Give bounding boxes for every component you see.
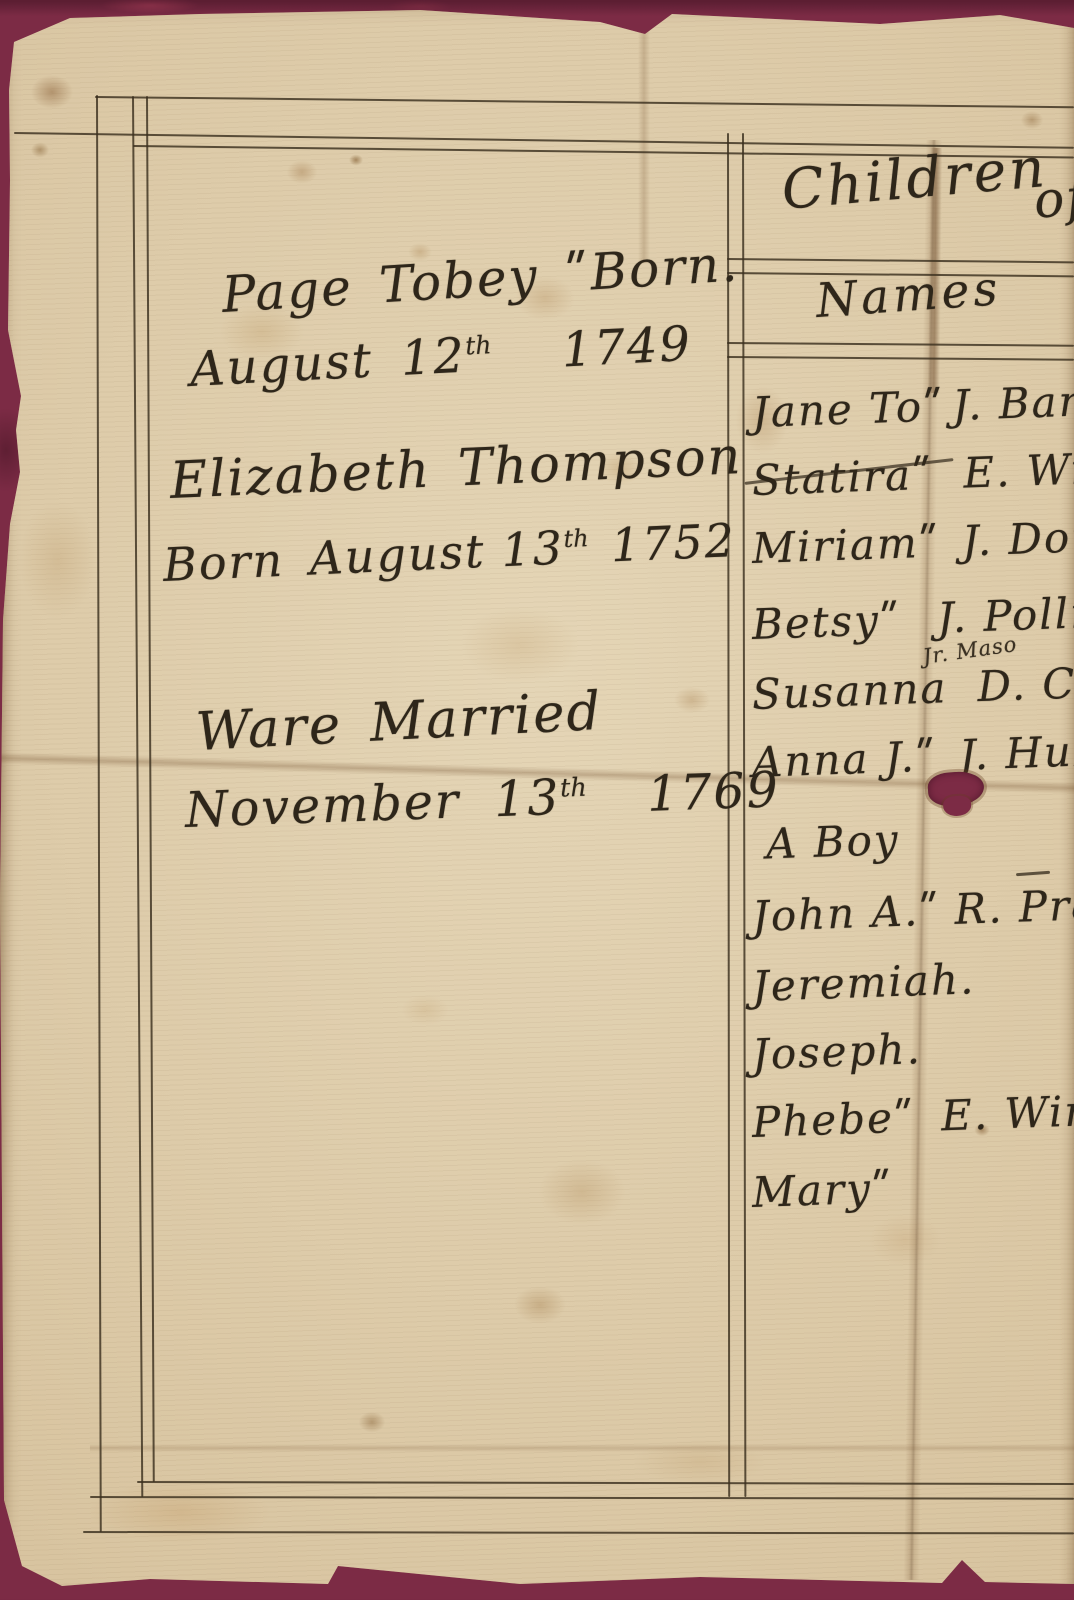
child-row: Anna J.ʺJ. Huxto bbox=[751, 724, 1074, 787]
child-name: Susanna bbox=[751, 663, 948, 719]
text-part: August bbox=[189, 332, 375, 398]
child-row: StatiraʺE. Wire bbox=[751, 443, 1074, 505]
child-name: Anna J.ʺ bbox=[751, 732, 938, 787]
marriage-line: Ware Married bbox=[194, 681, 603, 763]
husband-birth-date-line: August12th1749 bbox=[189, 316, 694, 398]
child-row: BetsyʺJ. Pollma bbox=[751, 587, 1074, 649]
text-part: 13 bbox=[493, 769, 561, 828]
child-name: Joseph. bbox=[751, 1024, 922, 1079]
child-name: Jeremiah. bbox=[751, 954, 976, 1011]
child-name: Miriamʺ bbox=[751, 517, 941, 573]
ordinal-suffix: th bbox=[563, 524, 589, 553]
child-name: Betsyʺ bbox=[751, 595, 902, 649]
frame-line-inner-left-2 bbox=[146, 96, 155, 1482]
child-name: Phebeʺ bbox=[751, 1092, 916, 1147]
child-name: John A.ʺ bbox=[751, 885, 941, 941]
paper-hole bbox=[927, 770, 985, 808]
frame-line-outer-bottom bbox=[83, 1531, 1074, 1534]
children-header-rule-upper bbox=[727, 258, 1074, 263]
child-row: A Boy bbox=[751, 814, 922, 869]
children-header-clipped-word: of bbox=[1031, 168, 1074, 230]
text-part: 1749 bbox=[560, 316, 693, 379]
child-row: PhebeʺE. Winslo bbox=[751, 1084, 1074, 1147]
frame-line-outer-left bbox=[96, 95, 102, 1532]
text-part: Born August bbox=[162, 524, 487, 592]
text-part: November bbox=[184, 772, 461, 839]
frame-line-inner-bottom bbox=[137, 1481, 1074, 1485]
child-spouse bbox=[914, 1162, 916, 1211]
husband-name-line: Page Tobey ʺBorn. bbox=[220, 234, 740, 324]
child-spouse: J. Bartle bbox=[952, 374, 1074, 430]
child-spouse bbox=[943, 1023, 945, 1072]
lower-fold-crease bbox=[90, 1444, 1074, 1452]
child-row: Joseph. bbox=[751, 1023, 944, 1079]
child-spouse: D. Coffi bbox=[977, 656, 1074, 711]
child-row: John A.ʺR. Prat bbox=[751, 879, 1074, 941]
child-spouse: J. Huxto bbox=[958, 724, 1074, 779]
names-header-rule-upper bbox=[727, 342, 1074, 347]
child-name: A Boy bbox=[765, 815, 900, 869]
text-part: 13 bbox=[500, 521, 565, 578]
top-edge-crease bbox=[638, 8, 650, 263]
frame-line-second-bottom bbox=[90, 1496, 1074, 1500]
names-header-rule-lower bbox=[727, 356, 1074, 361]
ordinal-suffix: th bbox=[560, 773, 588, 804]
children-header: Children bbox=[779, 135, 1050, 222]
names-header: Names bbox=[814, 261, 1003, 329]
child-name: Maryʺ bbox=[751, 1163, 894, 1217]
child-spouse: E. Wire bbox=[962, 443, 1074, 498]
marriage-date-line: November13th1769 bbox=[184, 761, 781, 839]
ordinal-suffix: th bbox=[465, 330, 493, 360]
text-part: 1752 bbox=[610, 513, 737, 572]
child-row: MiriamʺJ. Dough bbox=[751, 510, 1074, 573]
paper-sheet: Page Tobey ʺBorn. August12th1749 Elizabe… bbox=[0, 0, 1074, 1600]
child-row: Jeremiah. bbox=[751, 953, 998, 1011]
child-name: Jane Toʺ bbox=[751, 381, 945, 437]
frame-line-inner-left-1 bbox=[132, 96, 143, 1497]
child-spouse: R. Prat bbox=[954, 879, 1074, 934]
text-part: 12 bbox=[399, 328, 467, 387]
child-spouse: E. Winslo bbox=[940, 1084, 1074, 1141]
child-row: SusannaD. CoffiJr. Maso bbox=[751, 656, 1074, 719]
child-spouse bbox=[921, 814, 923, 863]
frame-line-outer-top bbox=[95, 96, 1074, 108]
child-spouse: J. Dough bbox=[961, 510, 1074, 566]
wife-birth-date-line: Born August13th1752 bbox=[162, 513, 737, 592]
stray-ink-mark bbox=[1016, 871, 1050, 876]
child-row: Jane ToʺJ. Bartle bbox=[751, 374, 1074, 437]
child-spouse bbox=[996, 953, 998, 1002]
child-row: Maryʺ bbox=[751, 1162, 916, 1217]
wife-name-line: Elizabeth Thompson bbox=[169, 427, 744, 511]
